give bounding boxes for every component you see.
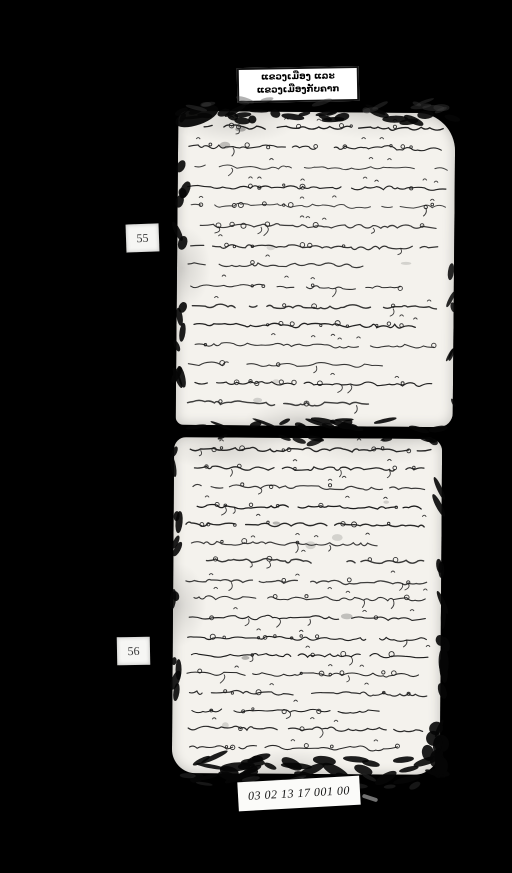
torn-edge-blob xyxy=(252,756,264,762)
page-number: 55 xyxy=(136,230,149,245)
script-diacritic xyxy=(395,376,399,378)
handwritten-script-page-56 xyxy=(172,437,442,775)
script-diacritic xyxy=(363,610,367,612)
script-diacritic xyxy=(270,684,274,686)
script-descender xyxy=(228,168,233,176)
torn-edge-blob xyxy=(447,263,455,280)
script-glyph-loop xyxy=(305,595,308,598)
script-descender xyxy=(258,227,262,234)
script-diacritic xyxy=(366,533,370,535)
script-glyph-loop xyxy=(290,322,294,326)
script-diacritic xyxy=(356,337,360,339)
script-diacritic xyxy=(266,255,270,257)
ink-blotch xyxy=(266,245,275,251)
handwritten-script-page-55 xyxy=(176,111,456,427)
script-descender xyxy=(296,545,299,553)
script-diacritic xyxy=(334,720,338,722)
script-diacritic xyxy=(383,497,387,499)
edge-shadow-speck xyxy=(423,104,445,110)
script-glyph-loop xyxy=(262,202,266,206)
script-diacritic xyxy=(387,159,391,161)
script-descender xyxy=(313,366,316,373)
script-descender xyxy=(362,600,364,608)
script-diacritic xyxy=(322,218,326,220)
script-diacritic xyxy=(380,138,384,140)
script-descender xyxy=(220,674,225,683)
script-diacritic xyxy=(196,138,200,140)
script-glyph-loop xyxy=(330,745,333,748)
script-diacritic xyxy=(387,459,391,461)
ink-blotch xyxy=(273,521,280,524)
reference-code-label: 03 02 13 17 001 00 xyxy=(237,776,360,812)
script-glyph-loop xyxy=(220,447,222,449)
script-diacritic xyxy=(295,533,299,535)
script-diacritic xyxy=(338,338,342,340)
page-number-tag-55: 55 xyxy=(126,223,160,252)
ink-blotch xyxy=(401,262,412,265)
ink-blotch xyxy=(341,613,353,619)
ink-blotch xyxy=(241,656,249,660)
script-glyph-loop xyxy=(283,304,286,307)
script-diacritic xyxy=(235,666,239,668)
ink-blotch xyxy=(222,722,229,728)
script-descender xyxy=(308,619,311,626)
script-glyph-loop xyxy=(315,635,318,638)
script-glyph-loop xyxy=(328,484,331,487)
script-line xyxy=(189,690,426,696)
script-descender xyxy=(264,227,269,236)
script-diacritic xyxy=(300,216,304,218)
script-diacritic xyxy=(295,574,299,576)
script-diacritic xyxy=(306,646,310,648)
script-diacritic xyxy=(214,587,218,589)
script-descender xyxy=(390,308,394,316)
script-diacritic xyxy=(345,496,349,498)
script-diacritic xyxy=(434,181,438,183)
script-line xyxy=(188,400,369,406)
script-diacritic xyxy=(301,550,305,552)
script-glyph-loop xyxy=(231,692,233,694)
edge-shadow-speck xyxy=(201,101,212,106)
script-line xyxy=(187,672,419,677)
script-line xyxy=(188,361,382,367)
script-diacritic xyxy=(293,460,297,462)
script-glyph-loop xyxy=(401,382,404,385)
script-line xyxy=(190,447,431,453)
script-glyph-loop xyxy=(431,203,434,206)
script-diacritic xyxy=(300,197,304,199)
script-descender xyxy=(245,619,249,626)
ink-blotch xyxy=(332,534,343,541)
script-diacritic xyxy=(342,476,346,478)
script-diacritic xyxy=(423,179,427,181)
script-diacritic xyxy=(328,665,332,667)
script-line xyxy=(186,522,424,528)
script-diacritic xyxy=(331,334,335,336)
torn-edge-blob xyxy=(417,110,433,118)
script-diacritic xyxy=(328,587,332,589)
script-diacritic xyxy=(222,275,226,277)
script-diacritic xyxy=(212,718,216,720)
collection-label-line2: ແຂວງເມືອງກັບຄາກ xyxy=(239,83,357,98)
script-line xyxy=(191,203,445,209)
script-glyph-loop xyxy=(401,145,405,149)
script-diacritic xyxy=(257,629,261,631)
script-descender xyxy=(371,228,375,234)
script-descender xyxy=(391,600,394,609)
script-line xyxy=(194,596,425,601)
script-diacritic xyxy=(374,740,378,742)
script-glyph-loop xyxy=(225,746,227,748)
script-line xyxy=(207,558,424,564)
script-line xyxy=(195,342,434,348)
script-diacritic xyxy=(375,180,379,182)
script-glyph-loop xyxy=(387,322,391,326)
script-diacritic xyxy=(365,683,369,685)
script-diacritic xyxy=(357,439,361,441)
script-glyph-loop xyxy=(279,380,283,384)
script-diacritic xyxy=(400,315,404,317)
script-descender xyxy=(250,656,253,661)
script-diacritic xyxy=(220,440,224,442)
script-diacritic xyxy=(291,740,295,742)
script-glyph-loop xyxy=(393,125,396,128)
script-descender xyxy=(332,288,336,297)
script-descender xyxy=(387,470,390,478)
script-glyph-loop xyxy=(382,671,385,674)
script-diacritic xyxy=(214,296,218,298)
script-line xyxy=(191,284,401,290)
script-diacritic xyxy=(391,571,395,573)
script-glyph-loop xyxy=(300,635,303,638)
script-diacritic xyxy=(233,608,237,610)
script-diacritic xyxy=(331,373,335,375)
script-diacritic xyxy=(209,574,213,576)
script-descender xyxy=(199,450,202,456)
torn-edge-blob xyxy=(435,757,448,775)
edge-shadow-speck xyxy=(371,100,388,110)
script-diacritic xyxy=(423,589,427,591)
torn-edge-blob xyxy=(438,648,448,676)
manuscript-page-56 xyxy=(172,437,442,775)
script-descender xyxy=(354,405,357,413)
script-diacritic xyxy=(426,645,430,647)
ink-blotch xyxy=(235,127,246,132)
script-diacritic xyxy=(257,177,261,179)
script-glyph-loop xyxy=(221,540,223,542)
script-descender xyxy=(232,148,235,157)
script-descender xyxy=(276,619,280,628)
script-diacritic xyxy=(248,177,252,179)
script-diacritic xyxy=(413,318,417,320)
script-diacritic xyxy=(306,217,310,219)
script-line xyxy=(193,484,425,490)
script-diacritic xyxy=(301,179,305,181)
script-diacritic xyxy=(328,479,332,481)
script-diacritic xyxy=(299,630,303,632)
script-diacritic xyxy=(363,177,367,179)
script-glyph-loop xyxy=(267,146,270,149)
script-glyph-loop xyxy=(209,143,212,146)
stray-mark xyxy=(362,794,378,803)
script-descender xyxy=(337,385,342,393)
script-diacritic xyxy=(427,300,431,302)
script-descender xyxy=(399,583,402,590)
script-descender xyxy=(258,488,262,494)
script-diacritic xyxy=(218,235,222,237)
script-line xyxy=(189,745,397,751)
script-diacritic xyxy=(360,665,364,667)
script-descender xyxy=(266,562,270,568)
script-descender xyxy=(398,249,402,255)
script-diacritic xyxy=(362,137,366,139)
script-line xyxy=(189,615,425,621)
script-descender xyxy=(221,507,226,515)
script-descender xyxy=(346,675,349,682)
script-glyph-loop xyxy=(249,503,252,506)
script-line xyxy=(191,541,377,546)
script-diacritic xyxy=(269,158,273,160)
script-descender xyxy=(229,582,233,590)
ink-blotch xyxy=(253,398,262,403)
script-diacritic xyxy=(285,276,289,278)
script-descender xyxy=(423,208,426,217)
script-line xyxy=(188,262,363,268)
script-line xyxy=(194,322,415,328)
script-line xyxy=(197,504,421,510)
script-glyph-loop xyxy=(314,145,318,149)
script-diacritic xyxy=(199,196,203,198)
script-diacritic xyxy=(256,514,260,516)
script-diacritic xyxy=(251,536,255,538)
script-glyph-loop xyxy=(304,744,308,748)
script-diacritic xyxy=(410,610,414,612)
edge-shadow-speck xyxy=(196,781,214,787)
script-diacritic xyxy=(314,536,318,538)
script-diacritic xyxy=(311,336,315,338)
script-diacritic xyxy=(430,199,434,201)
page-number: 56 xyxy=(127,643,139,658)
script-diacritic xyxy=(422,515,426,517)
script-glyph-loop xyxy=(252,708,254,710)
reference-code: 03 02 13 17 001 00 xyxy=(248,783,351,804)
script-glyph-loop xyxy=(283,184,285,186)
script-diacritic xyxy=(294,700,298,702)
script-diacritic xyxy=(369,157,373,159)
script-descender xyxy=(349,657,352,665)
script-glyph-loop xyxy=(245,143,249,147)
script-diacritic xyxy=(271,334,275,336)
script-diacritic xyxy=(346,591,350,593)
collection-label: ແຂວງເມືອງ ແລະ ແຂວງເມືອງກັບຄາກ xyxy=(237,66,360,103)
script-descender xyxy=(230,469,232,476)
script-line xyxy=(191,652,428,658)
script-descender xyxy=(320,730,323,738)
script-line xyxy=(186,579,427,585)
script-descender xyxy=(233,508,235,514)
script-descender xyxy=(328,545,330,551)
edge-shadow-speck xyxy=(383,784,395,789)
script-diacritic xyxy=(205,496,209,498)
manuscript-photo: ແຂວງເມືອງ ແລະ ແຂວງເມືອງກັບຄາກ 55 56 03 0… xyxy=(0,0,512,873)
script-diacritic xyxy=(332,196,336,198)
script-descender xyxy=(348,385,352,393)
page-number-tag-56: 56 xyxy=(117,637,150,666)
script-line xyxy=(188,184,446,190)
ink-blotch xyxy=(305,541,316,549)
script-diacritic xyxy=(310,718,314,720)
script-descender xyxy=(286,712,291,718)
script-diacritic xyxy=(311,278,315,280)
script-glyph-loop xyxy=(347,578,351,582)
script-descender xyxy=(339,470,341,477)
manuscript-page-55 xyxy=(176,111,456,427)
ink-blotch xyxy=(383,501,389,504)
